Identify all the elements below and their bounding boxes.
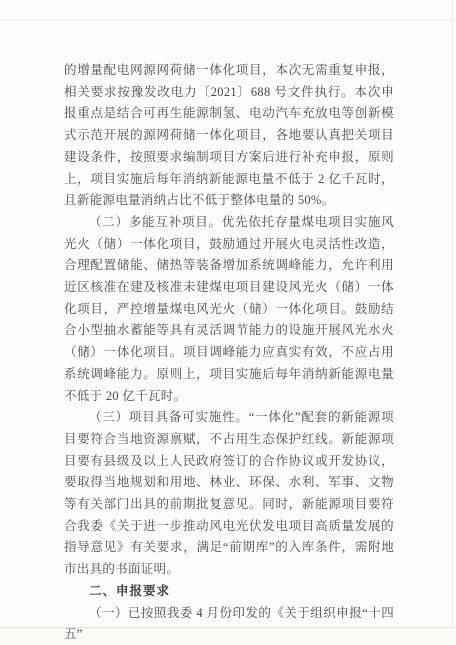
paragraph-item-3: （三）项目具备可实施性。“一体化”配套的新能源项目要符合当地资源禀赋，不占用生态…: [64, 407, 394, 581]
document-page: 的增量配电网源网荷储一体化项目，本次无需重复申报，相关要求按豫发改电力〔2021…: [0, 0, 456, 645]
paragraph-continuation: 的增量配电网源网荷储一体化项目，本次无需重复申报，相关要求按豫发改电力〔2021…: [64, 60, 394, 212]
scan-edge-top: [0, 20, 456, 21]
section-heading: 二、申报要求: [64, 581, 394, 603]
scan-edge-right: [452, 0, 453, 645]
text-block: 的增量配电网源网荷储一体化项目，本次无需重复申报，相关要求按豫发改电力〔2021…: [64, 60, 394, 645]
paragraph-item-2: （二）多能互补项目。优先依托存量煤电项目实施风光火（储）一体化项目，鼓励通过开展…: [64, 212, 394, 407]
paragraph-item-1-cutoff: （一）已按照我委 4 月份印发的《关于组织申报“十四五”: [64, 603, 394, 645]
